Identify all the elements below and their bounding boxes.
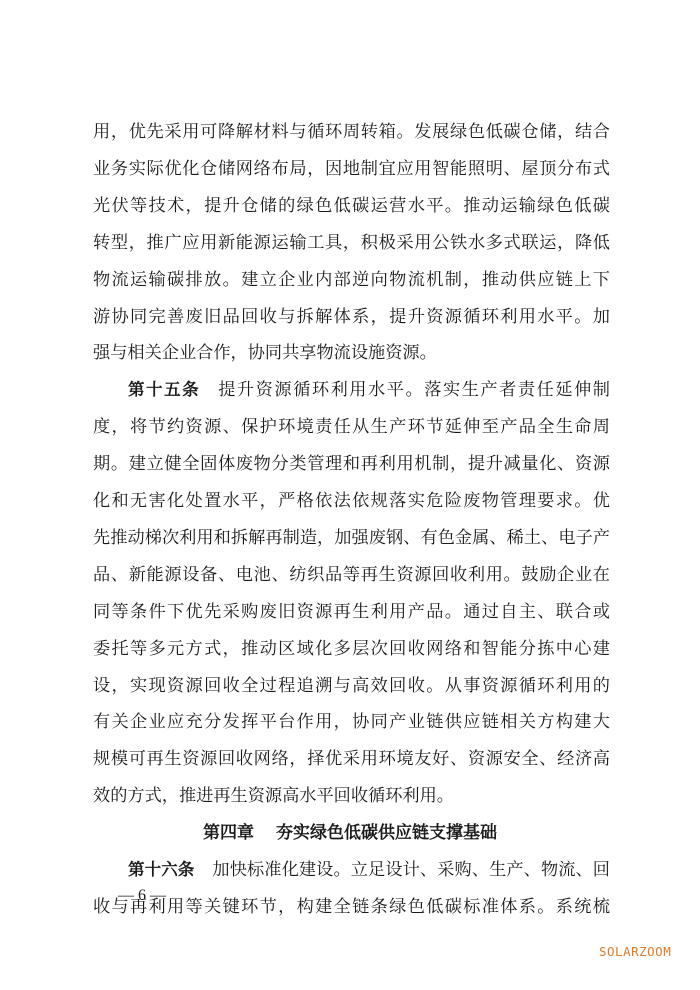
- text-line: 度，将节约资源、保护环境责任从生产环节延伸至产品全生命周: [93, 416, 610, 438]
- text-line: 强与相关企业合作，协同共享物流设施资源。: [93, 342, 610, 364]
- text-line: 同等条件下优先采购废旧资源再生利用产品。通过自主、联合或: [93, 601, 610, 623]
- text-line: 期。建立健全固体废物分类管理和再利用机制，提升减量化、资源: [93, 453, 610, 475]
- chapter-number: 第四章: [203, 823, 254, 843]
- page-number: — 6 —: [118, 885, 166, 907]
- article-number: 第十六条: [128, 860, 194, 879]
- text-line: 品、新能源设备、电池、纺织品等再生资源回收利用。鼓励企业在: [93, 564, 610, 586]
- article-15-first-line: 第十五条提升资源循环利用水平。落实生产者责任延伸制: [93, 379, 610, 401]
- text-line: 效的方式，推进再生资源高水平回收循环利用。: [93, 785, 610, 807]
- text-line: 收与再利用等关键环节，构建全链条绿色低碳标准体系。系统梳: [93, 896, 610, 918]
- text-line: 业务实际优化仓储网络布局，因地制宜应用智能照明、屋顶分布式: [93, 158, 610, 180]
- chapter-title: 夯实绿色低碳供应链支撑基础: [276, 823, 497, 843]
- text-line: 化和无害化处置水平，严格依法依规落实危险废物管理要求。优: [93, 490, 610, 512]
- document-page: 用，优先采用可降解材料与循环周转箱。发展绿色低碳仓储，结合 业务实际优化仓储网络…: [0, 0, 700, 990]
- watermark-logo: SOLARZOOM: [599, 944, 671, 959]
- article-title-text: 提升资源循环利用水平。落实生产者责任延伸制: [218, 380, 610, 400]
- text-line: 规模可再生资源回收网络，择优采用环境友好、资源安全、经济高: [93, 748, 610, 770]
- text-line: 有关企业应充分发挥平台作用，协同产业链供应链相关方构建大: [93, 711, 610, 733]
- article-number: 第十五条: [128, 380, 200, 399]
- text-line: 委托等多元方式，推动区域化多层次回收网络和智能分拣中心建: [93, 638, 610, 660]
- text-line: 游协同完善废旧品回收与拆解体系，提升资源循环利用水平。加: [93, 306, 610, 328]
- chapter-heading: 第四章夯实绿色低碳供应链支撑基础: [0, 822, 700, 844]
- text-line: 光伏等技术，提升仓储的绿色低碳运营水平。推动运输绿色低碳: [93, 195, 610, 217]
- text-line: 转型，推广应用新能源运输工具，积极采用公铁水多式联运，降低: [93, 232, 610, 254]
- article-title-text: 加快标准化建设。立足设计、采购、生产、物流、回: [212, 860, 610, 880]
- text-line: 先推动梯次利用和拆解再制造，加强废钢、有色金属、稀土、电子产: [93, 527, 610, 549]
- text-line: 设，实现资源回收全过程追溯与高效回收。从事资源循环利用的: [93, 675, 610, 697]
- article-16-first-line: 第十六条加快标准化建设。立足设计、采购、生产、物流、回: [93, 859, 610, 881]
- text-line: 用，优先采用可降解材料与循环周转箱。发展绿色低碳仓储，结合: [93, 121, 610, 143]
- text-line: 物流运输碳排放。建立企业内部逆向物流机制，推动供应链上下: [93, 269, 610, 291]
